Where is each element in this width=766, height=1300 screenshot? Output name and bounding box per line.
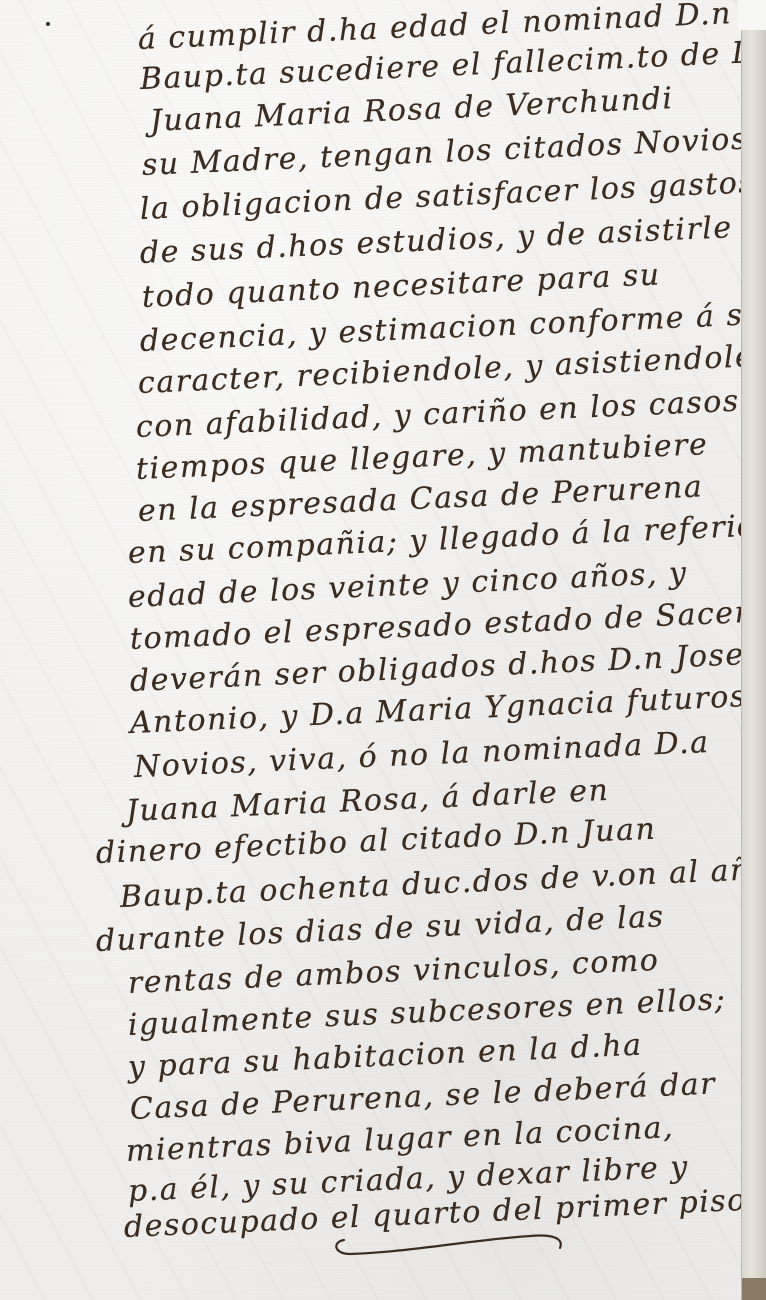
book-binding-edge <box>741 30 766 1300</box>
manuscript-scan: á cumplir d.ha edad el nominad D.n Juan … <box>0 0 766 1300</box>
closing-flourish-icon <box>330 1228 570 1258</box>
ink-spot <box>46 22 50 26</box>
manuscript-page: á cumplir d.ha edad el nominad D.n Juan … <box>0 0 742 1300</box>
page-corner <box>738 0 766 34</box>
binding-shadow <box>742 1278 766 1300</box>
